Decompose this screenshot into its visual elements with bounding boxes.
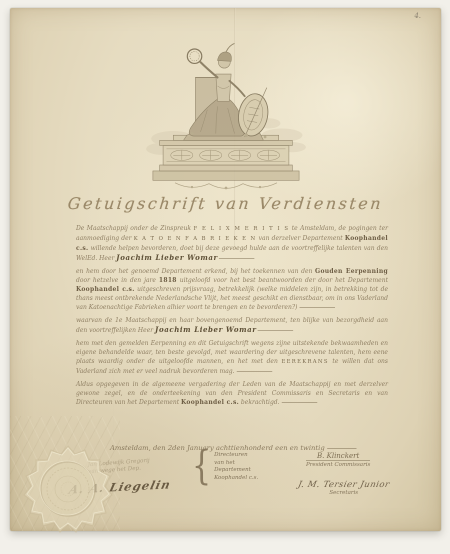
allegorical-engraving-vignette bbox=[141, 28, 311, 200]
directors-label: Directeuren van het Departement Koophand… bbox=[214, 452, 258, 482]
paragraph-medal-1818: en hem door het genoemd Departement erke… bbox=[76, 267, 388, 312]
certificate-body: De Maatschappij onder de Zinspreuk F E L… bbox=[76, 224, 388, 411]
parchment-sheet: 4. bbox=[10, 8, 441, 531]
paragraph-recipient: waarvan de 1e Maatschappij en haar boven… bbox=[76, 316, 388, 335]
signature-secretary: J. M. Tersier Junior Secretaris bbox=[298, 480, 390, 496]
paragraph-ratification: Aldus opgegeven in de algemeene vergader… bbox=[76, 380, 388, 407]
scanned-certificate-page: { "page": { "corner_mark": "4.", "descri… bbox=[0, 0, 450, 554]
signature-secretary-name: J. M. Tersier Junior bbox=[297, 480, 391, 490]
minerva-wreath-engraving bbox=[141, 28, 311, 200]
paragraph-grant: De Maatschappij onder de Zinspreuk F E L… bbox=[76, 224, 388, 263]
embossed-seal bbox=[22, 438, 114, 538]
directors-label-line3: Departement bbox=[214, 467, 258, 475]
paragraph-commendation: hem met den gemelden Eerpenning en dit G… bbox=[76, 339, 388, 376]
curly-brace-icon: { bbox=[192, 447, 211, 488]
dateline-amsterdam-1821: Amsteldam, den 2den January achttienhond… bbox=[110, 444, 380, 452]
directors-brace-block: { Directeuren van het Departement Koopha… bbox=[192, 452, 258, 482]
certificate-title: Getuigschrift van Verdiensten bbox=[9, 194, 442, 213]
signature-president-role: President Commissaris bbox=[306, 460, 370, 468]
signature-president: B. Klinckert President Commissaris bbox=[306, 452, 370, 468]
signature-president-name: B. Klinckert bbox=[306, 452, 370, 460]
directors-label-line2: van het bbox=[214, 460, 258, 468]
signature-secretary-role: Secretaris bbox=[298, 490, 390, 496]
blind-seal-rosette-icon bbox=[22, 438, 114, 538]
directors-label-line1: Directeuren bbox=[214, 452, 258, 460]
pencil-corner-mark: 4. bbox=[414, 12, 421, 20]
directors-label-line4: Koophandel c.s. bbox=[214, 475, 258, 483]
